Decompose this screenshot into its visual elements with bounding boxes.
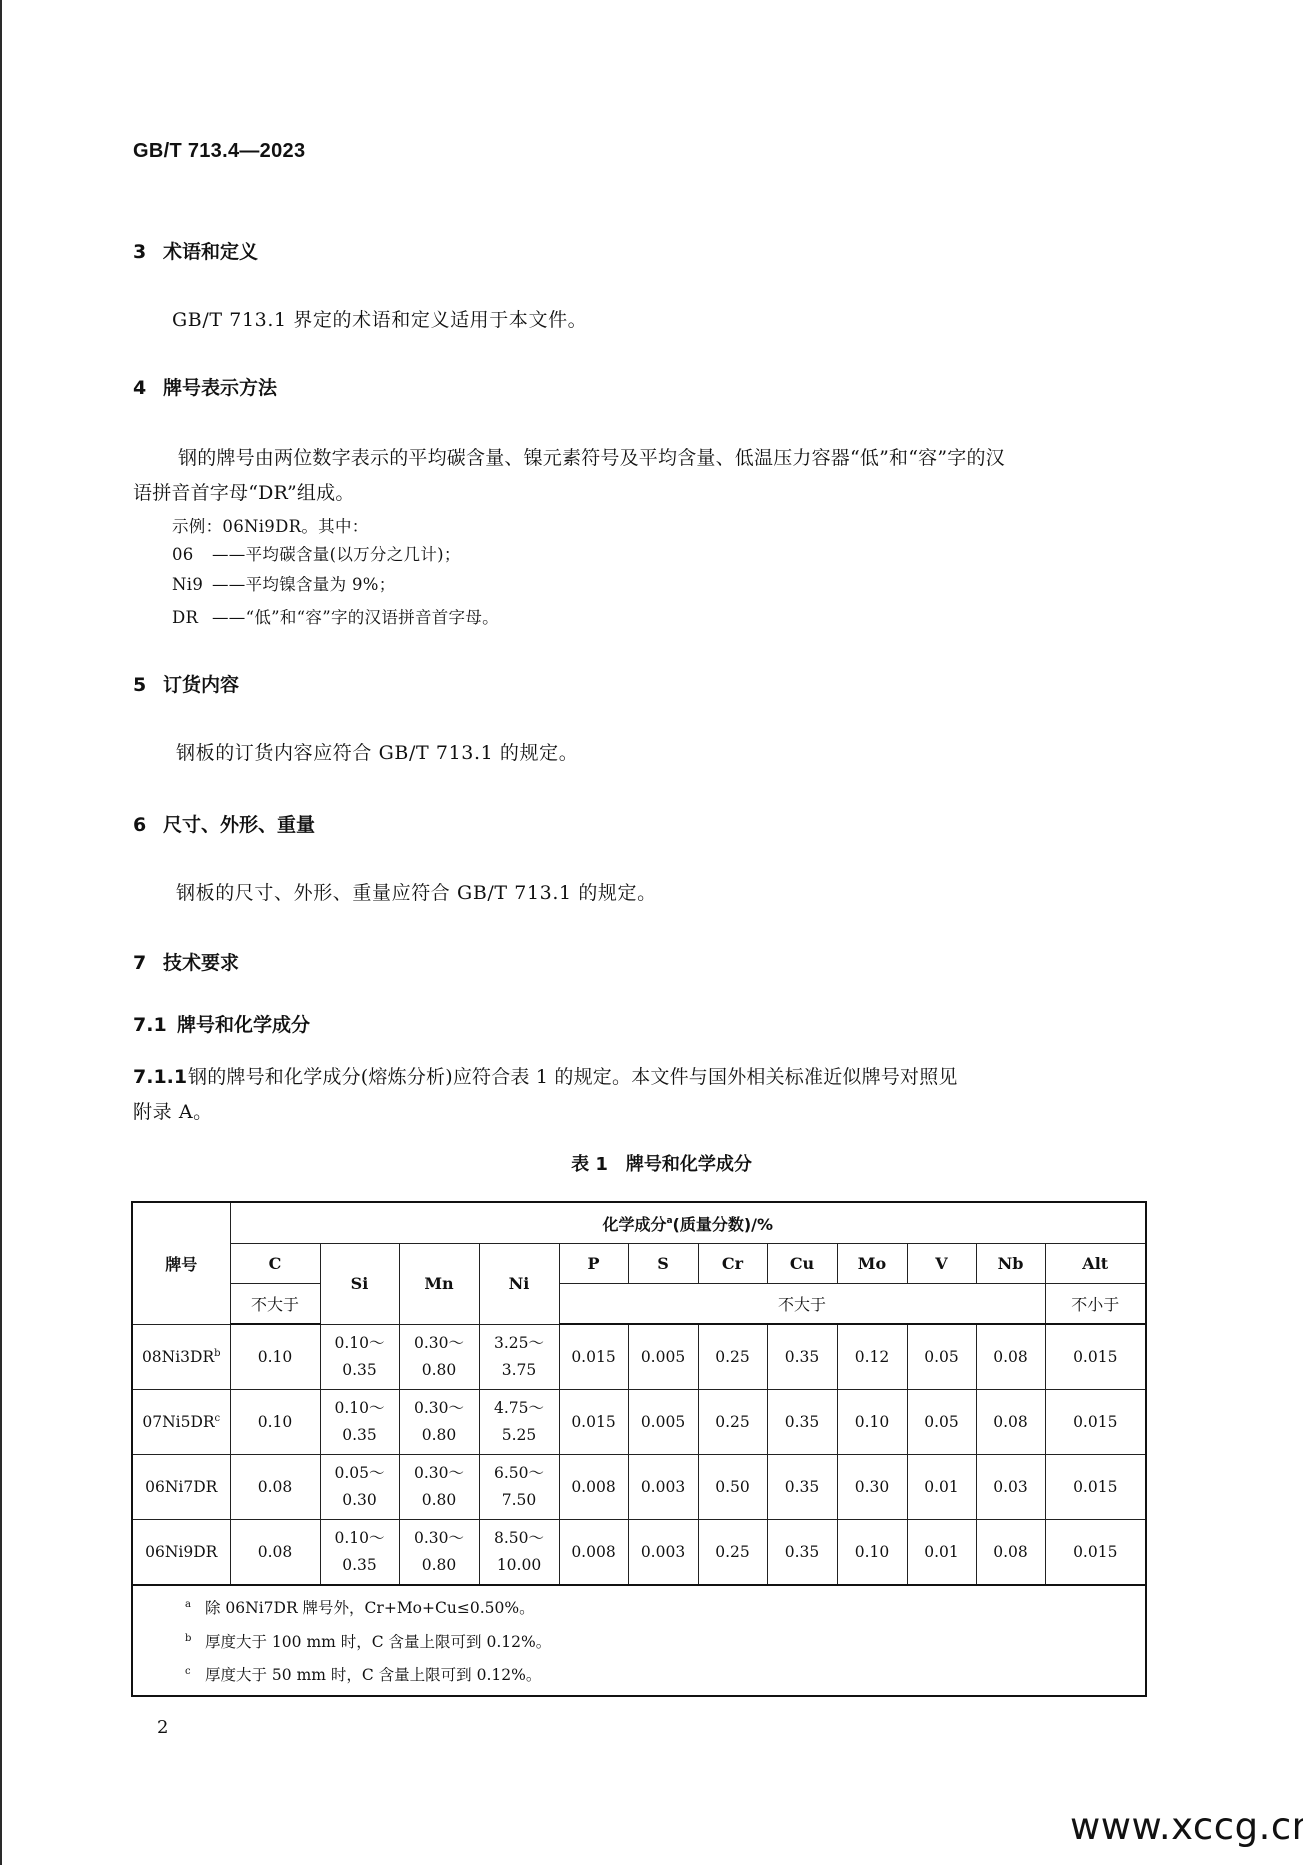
grade-cell: 08Ni3DRb — [132, 1324, 230, 1390]
footnote-ref: b — [214, 1348, 220, 1359]
alt-cell: 0.015 — [1045, 1455, 1146, 1520]
v-cell: 0.05 — [907, 1324, 976, 1390]
cu-cell: 0.35 — [767, 1455, 837, 1520]
grade-name: 08Ni3DR — [142, 1348, 214, 1366]
cr-cell: 0.25 — [698, 1390, 767, 1455]
ni-cell: 3.25～3.75 — [479, 1324, 559, 1390]
range-max: 0.80 — [400, 1487, 479, 1514]
page-number: 2 — [157, 1717, 168, 1738]
footnote-text: 厚度大于 50 mm 时，C 含量上限可到 0.12%。 — [205, 1666, 541, 1684]
range-min: 0.05～ — [321, 1460, 399, 1487]
range-min: 0.10～ — [321, 1330, 399, 1357]
example-key: DR — [172, 607, 212, 629]
element-header-p: P — [559, 1244, 628, 1284]
mn-cell: 0.30～0.80 — [399, 1520, 479, 1586]
section-6-heading: 6尺寸、外形、重量 — [133, 813, 315, 837]
section-title: 订货内容 — [163, 674, 239, 696]
section-title: 尺寸、外形、重量 — [163, 814, 315, 836]
section-4-heading: 4牌号表示方法 — [133, 376, 277, 400]
nb-cell: 0.08 — [976, 1520, 1045, 1586]
cu-cell: 0.35 — [767, 1520, 837, 1586]
example-desc: ——平均镍含量为 9%； — [212, 575, 396, 594]
section-6-body: 钢板的尺寸、外形、重量应符合 GB/T 713.1 的规定。 — [176, 881, 657, 905]
footnote-text: 厚度大于 100 mm 时，C 含量上限可到 0.12%。 — [205, 1633, 551, 1651]
element-header-si: Si — [320, 1244, 399, 1325]
range-max: 0.35 — [321, 1357, 399, 1384]
composition-header-label: 化学成分 — [602, 1215, 666, 1234]
example-desc: ——平均碳含量(以万分之几计)； — [212, 545, 461, 564]
mo-cell: 0.10 — [837, 1520, 907, 1586]
alt-cell: 0.015 — [1045, 1390, 1146, 1455]
range-max: 3.75 — [480, 1357, 559, 1384]
grade-name: 07Ni5DR — [142, 1413, 214, 1431]
range-max: 0.30 — [321, 1487, 399, 1514]
s-cell: 0.003 — [628, 1455, 698, 1520]
mo-cell: 0.12 — [837, 1324, 907, 1390]
section-7-1-1-line2: 附录 A。 — [133, 1100, 213, 1124]
grade-column-header: 牌号 — [132, 1202, 230, 1324]
range-max: 7.50 — [480, 1487, 559, 1514]
footnote: a除 06Ni7DR 牌号外，Cr+Mo+Cu≤0.50%。 — [185, 1590, 1145, 1624]
section-title: 牌号表示方法 — [163, 377, 277, 399]
composition-header-unit: (质量分数)/% — [673, 1215, 774, 1234]
c-cell: 0.10 — [230, 1390, 320, 1455]
range-min: 0.10～ — [321, 1525, 399, 1552]
p-cell: 0.008 — [559, 1455, 628, 1520]
section-body: 钢的牌号和化学成分(熔炼分析)应符合表 1 的规定。本文件与国外相关标准近似牌号… — [188, 1066, 958, 1088]
range-min: 0.30～ — [400, 1395, 479, 1422]
section-7-heading: 7技术要求 — [133, 951, 239, 975]
si-cell: 0.10～0.35 — [320, 1390, 399, 1455]
cr-cell: 0.25 — [698, 1324, 767, 1390]
range-min: 8.50～ — [480, 1525, 559, 1552]
example-key: 06 — [172, 544, 212, 566]
footnote: b厚度大于 100 mm 时，C 含量上限可到 0.12%。 — [185, 1624, 1145, 1658]
table-row: 08Ni3DRb 0.10 0.10～0.35 0.30～0.80 3.25～3… — [132, 1324, 1146, 1390]
s-cell: 0.005 — [628, 1324, 698, 1390]
table-row: 06Ni7DR 0.08 0.05～0.30 0.30～0.80 6.50～7.… — [132, 1455, 1146, 1520]
limit-label-alt: 不小于 — [1045, 1284, 1146, 1325]
alt-cell: 0.015 — [1045, 1520, 1146, 1586]
ni-cell: 8.50～10.00 — [479, 1520, 559, 1586]
ni-cell: 6.50～7.50 — [479, 1455, 559, 1520]
range-min: 0.30～ — [400, 1460, 479, 1487]
table-title-text: 牌号和化学成分 — [626, 1154, 752, 1175]
table-number: 表 1 — [571, 1154, 608, 1175]
chemical-composition-table: 牌号 化学成分a(质量分数)/% C Si Mn Ni P S Cr Cu Mo… — [131, 1201, 1147, 1697]
cr-cell: 0.50 — [698, 1455, 767, 1520]
footnote: c厚度大于 50 mm 时，C 含量上限可到 0.12%。 — [185, 1657, 1145, 1691]
footnote-mark: c — [185, 1657, 205, 1688]
range-max: 10.00 — [480, 1552, 559, 1579]
grade-cell: 06Ni7DR — [132, 1455, 230, 1520]
cu-cell: 0.35 — [767, 1390, 837, 1455]
element-header-nb: Nb — [976, 1244, 1045, 1284]
range-max: 0.80 — [400, 1422, 479, 1449]
example-key: Ni9 — [172, 574, 212, 596]
section-3-body: GB/T 713.1 界定的术语和定义适用于本文件。 — [172, 308, 587, 332]
element-header-s: S — [628, 1244, 698, 1284]
si-cell: 0.10～0.35 — [320, 1324, 399, 1390]
section-7-1-heading: 7.1牌号和化学成分 — [133, 1013, 310, 1037]
mn-cell: 0.30～0.80 — [399, 1324, 479, 1390]
c-cell: 0.08 — [230, 1455, 320, 1520]
cu-cell: 0.35 — [767, 1324, 837, 1390]
element-header-cr: Cr — [698, 1244, 767, 1284]
composition-header: 化学成分a(质量分数)/% — [230, 1202, 1146, 1244]
section-3-heading: 3术语和定义 — [133, 240, 258, 264]
alt-cell: 0.015 — [1045, 1324, 1146, 1390]
si-cell: 0.10～0.35 — [320, 1520, 399, 1586]
section-title: 牌号和化学成分 — [177, 1014, 310, 1036]
nb-cell: 0.03 — [976, 1455, 1045, 1520]
table-row: 06Ni9DR 0.08 0.10～0.35 0.30～0.80 8.50～10… — [132, 1520, 1146, 1586]
standard-number-header: GB/T 713.4—2023 — [133, 140, 305, 163]
range-max: 0.80 — [400, 1357, 479, 1384]
section-number: 4 — [133, 376, 163, 400]
example-intro: 示例：06Ni9DR。其中： — [172, 516, 369, 538]
range-min: 0.30～ — [400, 1330, 479, 1357]
p-cell: 0.008 — [559, 1520, 628, 1586]
mn-cell: 0.30～0.80 — [399, 1455, 479, 1520]
range-min: 3.25～ — [480, 1330, 559, 1357]
s-cell: 0.003 — [628, 1520, 698, 1586]
element-header-mn: Mn — [399, 1244, 479, 1325]
v-cell: 0.01 — [907, 1455, 976, 1520]
v-cell: 0.05 — [907, 1390, 976, 1455]
limit-label-c: 不大于 — [230, 1284, 320, 1325]
section-number: 5 — [133, 673, 163, 697]
s-cell: 0.005 — [628, 1390, 698, 1455]
example-desc: ——“低”和“容”字的汉语拼音首字母。 — [212, 608, 499, 627]
footnote-mark: a — [185, 1590, 205, 1621]
range-min: 0.10～ — [321, 1395, 399, 1422]
si-cell: 0.05～0.30 — [320, 1455, 399, 1520]
limit-label-p-to-nb: 不大于 — [559, 1284, 1045, 1325]
example-item: 06——平均碳含量(以万分之几计)； — [172, 544, 461, 566]
table-footnotes: a除 06Ni7DR 牌号外，Cr+Mo+Cu≤0.50%。 b厚度大于 100… — [132, 1585, 1146, 1696]
element-header-ni: Ni — [479, 1244, 559, 1325]
element-header-alt: Alt — [1045, 1244, 1146, 1284]
grade-name: 06Ni9DR — [145, 1543, 217, 1561]
section-number: 3 — [133, 240, 163, 264]
range-min: 4.75～ — [480, 1395, 559, 1422]
section-number: 7 — [133, 951, 163, 975]
grade-cell: 06Ni9DR — [132, 1520, 230, 1586]
mn-cell: 0.30～0.80 — [399, 1390, 479, 1455]
range-max: 0.35 — [321, 1552, 399, 1579]
mo-cell: 0.10 — [837, 1390, 907, 1455]
c-cell: 0.10 — [230, 1324, 320, 1390]
range-min: 0.30～ — [400, 1525, 479, 1552]
element-header-v: V — [907, 1244, 976, 1284]
element-header-c: C — [230, 1244, 320, 1284]
section-number: 7.1.1 — [133, 1065, 188, 1089]
section-4-body-line2: 语拼音首字母“DR”组成。 — [133, 481, 355, 505]
nb-cell: 0.08 — [976, 1390, 1045, 1455]
section-number: 6 — [133, 813, 163, 837]
example-item: DR——“低”和“容”字的汉语拼音首字母。 — [172, 607, 499, 629]
footnote-text: 除 06Ni7DR 牌号外，Cr+Mo+Cu≤0.50%。 — [205, 1599, 535, 1617]
c-cell: 0.08 — [230, 1520, 320, 1586]
range-max: 0.80 — [400, 1552, 479, 1579]
grade-name: 06Ni7DR — [145, 1478, 217, 1496]
ni-cell: 4.75～5.25 — [479, 1390, 559, 1455]
section-7-1-1-line1: 7.1.1钢的牌号和化学成分(熔炼分析)应符合表 1 的规定。本文件与国外相关标… — [133, 1065, 958, 1089]
footnote-ref: c — [215, 1413, 221, 1424]
footnote-mark: b — [185, 1624, 205, 1655]
section-4-body-line1: 钢的牌号由两位数字表示的平均碳含量、镍元素符号及平均含量、低温压力容器“低”和“… — [178, 446, 1005, 470]
section-number: 7.1 — [133, 1013, 177, 1037]
mo-cell: 0.30 — [837, 1455, 907, 1520]
section-5-heading: 5订货内容 — [133, 673, 239, 697]
p-cell: 0.015 — [559, 1390, 628, 1455]
table-1-title: 表 1牌号和化学成分 — [0, 1150, 1303, 1176]
grade-cell: 07Ni5DRc — [132, 1390, 230, 1455]
table-row: 07Ni5DRc 0.10 0.10～0.35 0.30～0.80 4.75～5… — [132, 1390, 1146, 1455]
page-left-border — [0, 0, 2, 1865]
section-5-body: 钢板的订货内容应符合 GB/T 713.1 的规定。 — [176, 741, 578, 765]
section-title: 技术要求 — [163, 952, 239, 974]
v-cell: 0.01 — [907, 1520, 976, 1586]
section-title: 术语和定义 — [163, 241, 258, 263]
range-min: 6.50～ — [480, 1460, 559, 1487]
p-cell: 0.015 — [559, 1324, 628, 1390]
element-header-mo: Mo — [837, 1244, 907, 1284]
range-max: 0.35 — [321, 1422, 399, 1449]
element-header-cu: Cu — [767, 1244, 837, 1284]
range-max: 5.25 — [480, 1422, 559, 1449]
nb-cell: 0.08 — [976, 1324, 1045, 1390]
watermark-url: www.xccg.cn — [1070, 1805, 1303, 1848]
example-item: Ni9——平均镍含量为 9%； — [172, 574, 396, 596]
cr-cell: 0.25 — [698, 1520, 767, 1586]
